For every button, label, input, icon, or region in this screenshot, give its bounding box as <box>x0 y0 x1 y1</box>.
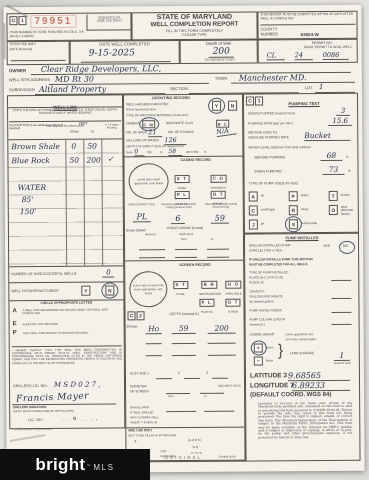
col-from: FROM <box>65 131 83 134</box>
well-log-colheads: DESCRIPTION (Use additional sheets if ne… <box>8 121 122 140</box>
blank-field <box>331 280 351 281</box>
hydro-yes-box: Y <box>81 286 90 296</box>
longitude-value: 6.89233 <box>292 382 350 391</box>
log-1: LOG <box>160 450 166 453</box>
privacy-paragraph: Pursuant to §10-624 of the State Govt. A… <box>258 402 352 459</box>
blank-field <box>208 343 236 344</box>
mde-y: Y <box>134 440 136 444</box>
blank-field <box>207 257 229 258</box>
depth-of-well-box: Depth of Well 200 (TO NEAREST FOOT) <box>180 39 258 64</box>
pump-centrifugal-box: C <box>249 205 258 215</box>
p-piston-label: piston <box>301 194 309 197</box>
material-label: TYPE OF GROUTING MATERIAL (Circle one): <box>126 114 189 118</box>
casing-depth-value: 59 <box>211 215 229 224</box>
driller-installed-label-2: (CIRCLE) (YES or NO) <box>249 249 282 253</box>
date-completed-box: DATE WELL COMPLETED 9-15-2025 <box>70 40 180 65</box>
mde-eros: (E.R.O.S.) <box>188 439 201 442</box>
brace: } <box>278 342 283 360</box>
mde-sub: (NOT TO BE FILLED IN BY DRILLER) <box>128 434 176 437</box>
middle-column: GROUTING RECORD WELL HAS BEEN GROUTED (C… <box>123 94 246 463</box>
letters-title: CIRCLE APPROPRIATE LETTER <box>9 301 123 306</box>
hand-circle-no <box>101 282 118 298</box>
pump-rotary-label: rotary <box>301 208 309 211</box>
blank-field <box>11 60 66 61</box>
slot-size-label: SLOT SIZE 1 <box>130 372 149 376</box>
pumping-test-title: PUMPING TEST <box>274 102 334 107</box>
well-log-section: WELL LOG Not required for driven wells S… <box>7 94 125 429</box>
rate-label: PUMPING RATE (gal. per min.) <box>248 122 293 126</box>
casing-diameter-label: Nominal diameter for (main) casing (near… <box>161 203 197 210</box>
form-instruction-2: PLEASE TYPE <box>133 32 257 37</box>
watermark-tm: ™ <box>86 463 90 468</box>
code-box: O T <box>225 298 240 306</box>
stamped-serial-number: 79951 <box>30 15 76 28</box>
seal-from-label: from <box>126 151 132 154</box>
casing-diameter-value: 6 <box>171 215 185 224</box>
signature-sub: (MUST MATCH SIGNATURE OF APPLICATION) <box>13 410 74 414</box>
mde-other-data: OTHER DATA <box>219 456 237 459</box>
pump-air-label: air <box>261 194 264 197</box>
card-col-c3-3: 3 <box>255 96 263 105</box>
other-from: from <box>181 238 187 241</box>
blank-field <box>184 378 200 379</box>
formation-from: 50 <box>69 157 79 165</box>
sequence-label-cell: SEQUENCE NO. (MDE USE ONLY) <box>86 14 131 30</box>
blank-field <box>212 378 228 379</box>
longitude-label: LONGITUDE 7 <box>250 382 294 390</box>
divider <box>245 232 358 235</box>
blank-field <box>331 298 351 299</box>
permit-mid: 24 <box>295 52 313 60</box>
driller-signature: Francis Mayer <box>16 392 89 404</box>
blank-field <box>166 411 196 412</box>
permit-prefix: CL <box>267 52 285 60</box>
hand-circle-driller-no <box>339 241 355 254</box>
county-label-2: NUMBER <box>261 32 278 37</box>
permit-sub: FROM “PERMIT TO DRILL WELL” <box>304 46 353 50</box>
col-description: DESCRIPTION (Use additional sheets if ne… <box>9 124 63 131</box>
rate-value: 15.6 <box>328 118 352 126</box>
latitude-value: 9.68565 <box>288 372 350 381</box>
water-depth-2: 150' <box>20 208 36 216</box>
hand-circle-above <box>251 340 267 355</box>
signature-block: Francis Mayer DRILLERS SIGNATURE (MUST M… <box>10 393 124 414</box>
blank-field <box>332 324 352 325</box>
slot-3: 3 <box>206 372 208 376</box>
form-title-box: STATE OF MARYLAND WELL COMPLETION REPORT… <box>131 11 257 40</box>
screen-code-plastic: P LPLASTIC <box>199 291 214 314</box>
main-casing-label: MAIN CASING TYPE <box>127 203 157 206</box>
blank-field <box>172 343 196 344</box>
pump-other-label: other (describe below) <box>341 206 359 216</box>
date-completed-value: 9-15-2025 <box>89 49 135 58</box>
other-to: to <box>211 238 213 241</box>
nearest-inch: (NEAREST INCH) <box>218 385 242 388</box>
lot-label: LOT <box>305 86 313 91</box>
code-box: P L <box>199 298 214 306</box>
grouted-no-box: N <box>228 101 237 111</box>
default-coord-note: (DEFAULT COORD. WGS 84) <box>250 392 331 399</box>
pump-note-2: MUST BE COMPLETED FOR ALL WELLS <box>249 263 307 267</box>
code-box: S T <box>173 280 188 288</box>
other-casing-title: OTHER CASING (if used) <box>135 227 235 231</box>
gravel-pack-block: GRAVEL PACK IF WELL DRILLED WAS FLOWING … <box>126 405 244 426</box>
blank-field <box>172 355 196 356</box>
casing-record-section: casing types insert appropriate code bel… <box>124 157 243 262</box>
code-box: H O <box>226 280 242 288</box>
card-col-1: 1 <box>18 16 26 25</box>
capacity-1: CAPACITY: <box>249 290 264 293</box>
code-label: PLASTIC <box>199 309 214 313</box>
letter-p: P <box>13 330 17 337</box>
lic2-value: _ _ D _ _ _ , <box>62 417 98 422</box>
pounds-label: NO. OF POUNDS <box>168 131 194 135</box>
casing-record-title: CASING RECORD <box>180 158 211 162</box>
when-ft: ft. <box>349 170 352 174</box>
hours-label: HOURS PUMPED (nearest hour) <box>248 112 295 116</box>
above-label: above <box>266 346 274 349</box>
formation-desc: Blue Rock <box>11 157 50 165</box>
col-water-bearing: (✓) if water bearing <box>101 123 122 129</box>
blank-field <box>146 355 162 356</box>
code-box: O T <box>211 190 226 198</box>
code-box: S T <box>175 174 190 182</box>
main-casing-value: PL <box>133 213 151 222</box>
screen-record-section: screen type or open hole insert appropri… <box>125 261 244 366</box>
code-box: P L <box>175 190 190 198</box>
unsuccessful-label: NUMBER OF UNSUCCESSFUL WELLS: <box>11 272 77 276</box>
well-log-table: Brown Shale 0 50 Blue Rock 50 200 ✓ WATE… <box>8 139 123 266</box>
seal-ft: ft. <box>204 151 207 154</box>
code-box: C O <box>211 174 227 182</box>
slot-size-row: SLOT SIZE 1 2 3 <box>126 369 244 382</box>
table-grid-line <box>83 140 85 266</box>
before-pumping-value: 68 <box>320 152 342 161</box>
screen-to-value: 200 <box>208 325 236 334</box>
submit-note: THIS REPORT MUST BE SUBMITTED WITHIN 45 … <box>260 13 355 26</box>
permit-number-box: PERMIT NO. FROM “PERMIT TO DRILL WELL” C… <box>258 39 358 64</box>
casing-height-label: CASING HEIGHT <box>250 333 275 337</box>
screen-record-title: SCREEN RECORD <box>179 263 211 267</box>
capacity-2: GALLONS PER MINUTE <box>249 295 283 299</box>
letter-a-text: A WELL WAS ABANDONED AND SEALED WHEN THI… <box>22 308 120 315</box>
table-grid-line <box>65 140 67 266</box>
unsuccessful-value: 0 <box>102 269 115 277</box>
hand-circle-cement <box>139 117 159 131</box>
grouting-record-section: GROUTING RECORD WELL HAS BEEN GROUTED (C… <box>124 95 242 158</box>
type-installed-2: PLACE (A,C,J,P,R,S,T,O) <box>249 276 283 280</box>
cement-label: CEMENT <box>126 122 139 126</box>
journeyman-note: or journeyman from permitted) <box>14 427 122 431</box>
screen-code-other: O TOTHER <box>225 291 240 314</box>
card-col-c2-c: C <box>128 311 136 320</box>
code-box: B R <box>202 280 217 288</box>
card-col-c: C <box>9 16 17 25</box>
formation-to: 200 <box>86 157 100 165</box>
town-label: TOWN <box>215 77 227 82</box>
water-bearing-check: ✓ <box>107 155 113 163</box>
hand-circle-submersible <box>285 216 302 232</box>
dia-to: to <box>204 395 206 398</box>
col-feet: FEET <box>65 123 101 127</box>
blank-field <box>175 257 197 258</box>
when-pumping-value: 73 <box>322 166 344 175</box>
depth-sub: (TO NEAREST FOOT) <box>195 59 245 63</box>
seal-to-label: to <box>160 151 163 154</box>
blank-field <box>208 355 236 356</box>
certification-text: I HEREBY CERTIFY THAT THIS WELL HAS BEEN… <box>12 345 122 378</box>
scan-artifact <box>3 23 5 59</box>
pump-jet-label: jet <box>261 222 264 225</box>
grouted-circle-note: (Circle Appropriate Box) <box>126 108 156 111</box>
gallons-label: GALLONS OF WATER <box>126 139 158 143</box>
dia-label-2: OF SCREEN <box>130 390 149 394</box>
drillers-lic-value: M S D 0 2 7 , <box>54 382 101 389</box>
screen-type-value: Ho <box>146 325 162 334</box>
other-casing-depth: depth (feet) <box>179 233 193 236</box>
right-column: C 3 PUMPING TEST HOURS PUMPED (nearest h… <box>243 93 361 462</box>
water-note: WATER <box>18 184 47 192</box>
before-ft: ft. <box>346 156 349 160</box>
mde-wq: W Q <box>192 446 198 449</box>
casing-height-note-2: and enter casing height) <box>286 338 316 341</box>
owner-label: OWNER <box>9 68 26 73</box>
well-completion-form: C 1 79951 SEQUENCE NO. (MDE USE ONLY) (T… <box>3 5 364 473</box>
casing-types-circle: casing types insert appropriate code bel… <box>128 163 168 199</box>
submit-county-box: THIS REPORT MUST BE SUBMITTED WITHIN 45 … <box>257 11 357 40</box>
gravel-1: GRAVEL PACK <box>130 406 149 409</box>
casing-depth-label: Total depth of main casing (nearest foot… <box>203 203 239 210</box>
address-value: MD Rt 30 <box>55 76 94 84</box>
pump-air-box: A <box>249 191 258 201</box>
col-to: TO <box>83 131 101 134</box>
hand-circle-yes <box>208 98 225 114</box>
sequence-sub: (MDE USE ONLY) <box>97 19 121 23</box>
bentonite-label: BENTONITE CLAY <box>166 122 193 126</box>
blank-field <box>332 312 352 313</box>
card-col-c3-c: C <box>246 97 254 106</box>
slot-2: 2 <box>178 372 180 376</box>
stco-use-box: ST/CO USE ONLY DATE Received <box>7 41 70 65</box>
blank-field <box>139 249 165 250</box>
formation-to: 50 <box>87 143 97 151</box>
capacity-3: (to nearest gallon) <box>249 300 273 304</box>
date-completed-label: DATE WELL COMPLETED <box>71 42 179 47</box>
watermark-brand: bright <box>35 455 85 475</box>
casing-height-value: 1 <box>334 352 350 361</box>
well-log-header: WELL LOG Not required for driven wells <box>8 95 122 108</box>
below-box: − <box>254 356 263 365</box>
pump-submersible-label: submersible <box>301 222 317 225</box>
pounds-value: N/A <box>216 126 237 136</box>
stco-sub: DATE Received <box>10 48 32 52</box>
blank-field <box>200 393 224 394</box>
column-length-2: (nearest ft.) <box>250 323 265 326</box>
formation-from: 0 <box>71 143 76 151</box>
county-number-value: 63604-W <box>301 32 319 37</box>
seal-top-label: TOP <box>146 151 152 154</box>
other-casing-diameter: diameter <box>145 233 156 236</box>
hydrofractured-row: WELL HYDROFRACTURED? Y N <box>9 281 123 300</box>
blank-field <box>204 411 234 412</box>
address-label: WELL SITE ADDRESS <box>9 78 50 83</box>
pump-centrifugal-label: centrifugal <box>261 208 275 211</box>
original-label: ORIGINAL <box>165 455 203 460</box>
before-pumping-label: BEFORE PUMPING <box>254 156 285 160</box>
table-grid-line <box>101 140 103 266</box>
other-casing-side-label: OTHER CASING <box>126 229 146 232</box>
dia-from: from <box>168 395 174 398</box>
section-label: SECTION <box>170 87 188 92</box>
blank-field <box>175 249 197 250</box>
screen-code-steel: S TSTEEL <box>173 273 188 296</box>
casing-height-note-1: (circle appropriate box <box>286 333 314 336</box>
grouting-title: GROUTING RECORD <box>152 96 190 101</box>
code-label: STEEL <box>173 291 188 295</box>
gravel-2: IF WELL DRILLED <box>130 411 153 414</box>
lot-value: 1 <box>319 84 324 91</box>
screen-type-circle: screen type or open hole insert appropri… <box>129 271 167 307</box>
depth-value: 200 <box>209 48 234 58</box>
water-level-label: WATER LEVEL (distance from land surface) <box>248 146 310 150</box>
pump-rotary-box: R <box>289 205 298 215</box>
unsuccessful-wells-row: NUMBER OF UNSUCCESSFUL WELLS: 0 <box>9 265 123 282</box>
card-col-c2-2: 2 <box>137 311 145 320</box>
seal-bottom-label: BOTTOM <box>186 151 198 154</box>
watermark-sub: MLS <box>93 463 114 472</box>
below-label: below <box>266 359 273 362</box>
permit-suffix: 0086 <box>323 52 349 60</box>
type-installed-3: IN BOX 26 <box>249 281 263 284</box>
scanned-document-background: C 1 79951 SEQUENCE NO. (MDE USE ONLY) (T… <box>0 0 369 480</box>
blank-field <box>139 257 165 258</box>
method-label-2: MEASURE PUMPING RATE <box>248 136 289 140</box>
land-surface-label: LAND SURFACE <box>290 352 314 356</box>
pump-other-box: O <box>329 205 338 215</box>
pump-type-label: TYPE OF PUMP USED (for test) <box>249 182 298 186</box>
subdivision-label: SUBDIVISION <box>9 88 35 93</box>
horsepower-label: PUMP HORSE POWER <box>249 309 281 313</box>
pump-turbine-box: T <box>329 191 338 201</box>
well-log-instruction: STATE THE KIND OF FORMATIONS PENETRATED,… <box>9 108 121 122</box>
letter-e: E <box>13 321 17 328</box>
blank-field <box>156 378 172 379</box>
gravel-4: INSERT Y IN BOX 56 <box>130 421 157 424</box>
screen-diameter-row: DIAMETER OF SCREEN from to (NEAREST INCH… <box>126 383 244 402</box>
seal-from-value: 0 <box>134 149 144 156</box>
formation-desc: Brown Shale <box>11 143 60 151</box>
hours-value: 3 <box>336 108 350 116</box>
letter-p-text: TEST WELL CONVERTED TO PRODUCTION WELL <box>23 331 121 335</box>
punch-note: (THIS NUMBER IS TO BE PUNCHED IN COLS. 3… <box>10 31 86 39</box>
screen-depth-label: DEPTH (nearest ft.) <box>170 313 200 317</box>
scan-artifact <box>10 434 46 441</box>
method-value: Bucket <box>304 132 350 141</box>
blank-field <box>81 61 171 63</box>
gravel-3: WAS FLOWING WELL <box>130 416 159 419</box>
seal-to-value: 58 <box>168 149 182 156</box>
code-label: OTHER <box>225 309 240 313</box>
screen-from-value: 59 <box>172 325 196 334</box>
brightmls-watermark: bright ™ MLS <box>0 449 150 480</box>
pump-turbine-label: turbine <box>341 194 350 197</box>
letter-e-text: ELECTRIC LOG OBTAINED <box>23 322 121 326</box>
pump-jet-box: J <box>249 219 258 229</box>
driller-yes: YES <box>323 245 330 249</box>
latitude-label: LATITUDE 3 <box>250 372 287 380</box>
water-depth-1: 85' <box>22 196 34 204</box>
hydro-label: WELL HYDROFRACTURED? <box>11 289 59 293</box>
screen-side-label: SCREEN <box>127 325 138 328</box>
letter-a: A <box>12 308 16 315</box>
blank-field <box>207 249 229 250</box>
when-pumping-label: WHEN PUMPING <box>255 170 282 174</box>
drillers-lic-label: DRILLERS LIC. NO.: <box>13 384 48 388</box>
bags-label: NO. OF BAGS <box>126 131 147 135</box>
column-length-1: PUMP COLUMN LENGTH <box>250 318 285 322</box>
pump-installed-title: PUMP INSTALLED <box>265 236 339 241</box>
lic2-label: LIC. NO.: <box>28 418 44 422</box>
blank-field <box>146 343 162 344</box>
pump-piston-box: P <box>289 191 298 201</box>
nearest-foot: (nearest foot) <box>334 362 354 365</box>
letter-options: CIRCLE APPROPRIATE LETTER A A WELL WAS A… <box>9 299 123 344</box>
